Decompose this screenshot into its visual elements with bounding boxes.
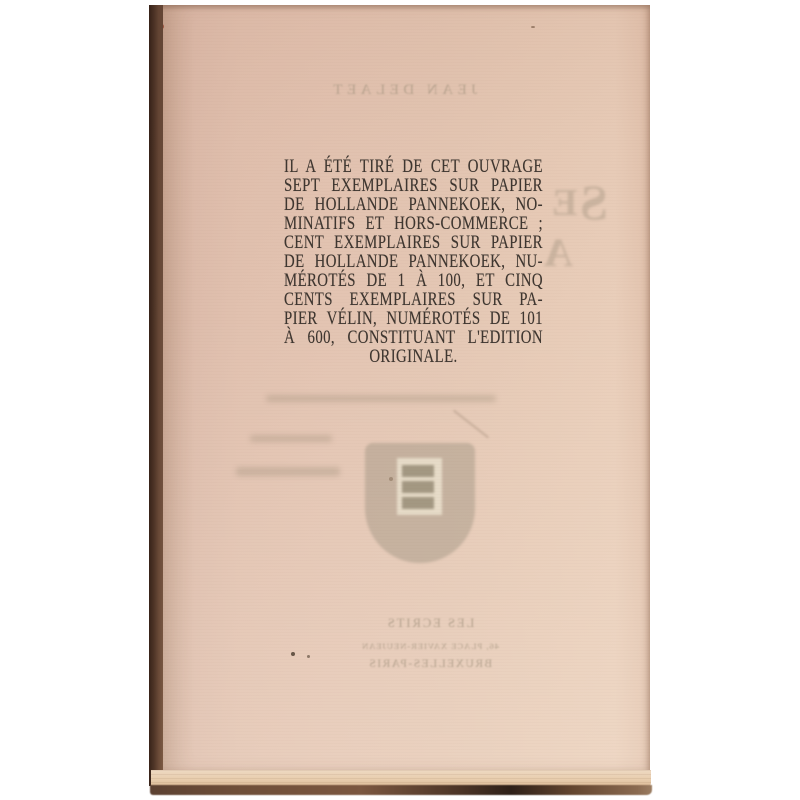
book-gutter-edge — [149, 5, 163, 786]
shield-inner-panel — [397, 458, 442, 515]
show-through-text-smear — [250, 435, 332, 442]
show-through-title-letter: E — [552, 181, 577, 225]
colophon-line: CENTS EXEMPLAIRES SUR PA- — [284, 290, 543, 309]
colophon-line: SEPT EXEMPLAIRES SUR PAPIER — [284, 176, 543, 195]
limitation-notice: IL A ÉTÉ TIRÉ DE CET OUVRAGE SEPT EXEMPL… — [284, 157, 543, 366]
book-cover-edge — [150, 785, 652, 795]
show-through-title-letter: S — [580, 173, 608, 231]
colophon-line: ORIGINALE. — [284, 347, 543, 366]
paper-speck — [291, 652, 295, 656]
colophon-line: MINATIFS ET HORS-COMMERCE ; — [284, 214, 543, 233]
colophon-line: DE HOLLANDE PANNEKOEK, NU- — [284, 252, 543, 271]
publisher-shield-emblem — [365, 443, 475, 563]
shield-bar — [402, 481, 434, 493]
book-page: JEAN DELAET IL A ÉTÉ TIRÉ DE CET OUVRAGE… — [150, 5, 650, 771]
show-through-publisher-cities: BRUXELLES-PARIS — [300, 658, 560, 670]
paper-speck — [389, 477, 393, 481]
show-through-text-smear — [266, 395, 496, 402]
colophon-line: IL A ÉTÉ TIRÉ DE CET OUVRAGE — [284, 157, 543, 176]
paper-speck — [307, 655, 310, 658]
show-through-author-name: JEAN DELAET — [283, 82, 523, 99]
shield-bar — [402, 465, 434, 477]
colophon-line: PIER VÉLIN, NUMÉROTÉS DE 101 — [284, 309, 543, 328]
colophon-line: À 600, CONSTITUANT L'EDITION — [284, 328, 543, 347]
paper-crease — [453, 410, 489, 439]
show-through-text-smear — [236, 467, 340, 476]
colophon-line: CENT EXEMPLAIRES SUR PAPIER — [284, 233, 543, 252]
book-photo: JEAN DELAET IL A ÉTÉ TIRÉ DE CET OUVRAGE… — [0, 0, 800, 800]
paper-speck — [531, 26, 535, 28]
colophon-line: DE HOLLANDE PANNEKOEK, NO- — [284, 195, 543, 214]
show-through-publisher-address: 46, PLACE XAVIER-NEUJEAN — [300, 641, 560, 651]
show-through-title-letter: A — [544, 229, 573, 276]
show-through-publisher-name: LES ECRITS — [300, 616, 560, 631]
shield-bar — [402, 497, 434, 509]
colophon-line: MÉROTÉS DE 1 À 100, ET CINQ — [284, 271, 543, 290]
